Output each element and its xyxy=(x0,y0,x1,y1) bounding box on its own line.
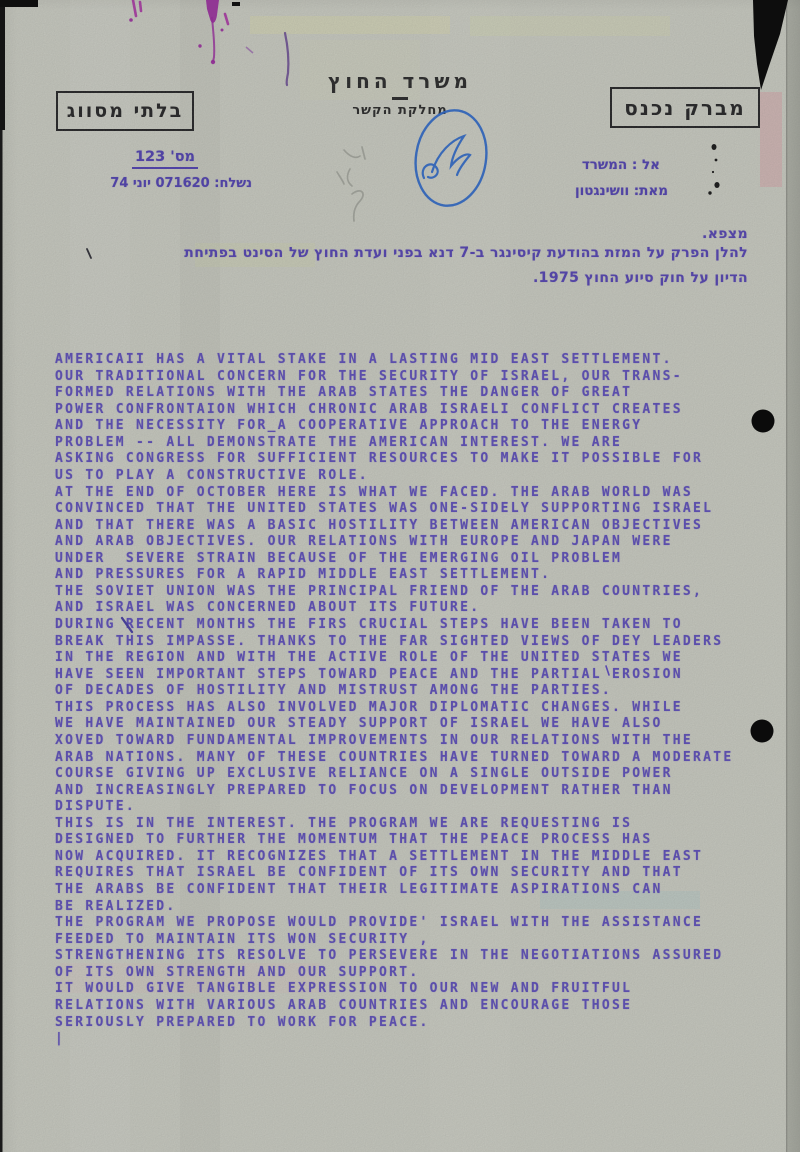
ministry-title: משרד החוץ xyxy=(280,69,520,93)
from-field: מאת: וושינגטון xyxy=(586,183,668,199)
header-divider-dash xyxy=(392,97,408,100)
telegram-number-value: מס' 123 xyxy=(132,149,198,169)
hebrew-summary-line: הדיון על חוק סיוע החוץ 1975. xyxy=(80,270,748,286)
to-field: אל : המשרד xyxy=(590,157,660,173)
ministry-header: משרד החוץ מחלקת הקשר xyxy=(280,69,520,118)
pen-circle-annotation xyxy=(409,105,493,211)
pencil-annotation xyxy=(337,147,365,221)
telegram-number-field: מס' 123 xyxy=(126,149,204,169)
scan-edge-left xyxy=(0,0,3,1152)
scan-top-speck xyxy=(232,2,240,6)
hebrew-summary-line: להלן הפרק על המזת בהודעת קיסינגר ב-7 דנא… xyxy=(80,245,748,261)
ink-drip-line xyxy=(212,17,214,62)
hebrew-summary-line: מצפא. xyxy=(80,226,748,242)
scan-tint-pink-strip xyxy=(760,92,782,187)
scan-edge-left-corner xyxy=(0,0,5,130)
incoming-telegram-stamp-box: מברק נכנס xyxy=(610,87,760,128)
ink-drip-cluster xyxy=(129,0,223,64)
scan-edge-right-line xyxy=(786,0,787,1152)
scan-edge-top xyxy=(0,0,38,7)
scanned-telegram-page: מברק נכנס בלתי מסווג משרד החוץ מחלקת הקש… xyxy=(0,0,800,1152)
hole-punch-mark xyxy=(751,720,774,743)
black-tear-mark xyxy=(753,0,788,90)
telegram-body-text: AMERICAII HAS A VITAL STAKE IN A LASTING… xyxy=(55,352,734,1048)
scan-tint xyxy=(250,16,450,34)
speckle-trail xyxy=(708,144,719,195)
department-subtitle: מחלקת הקשר xyxy=(280,103,520,118)
incoming-telegram-label: מברק נכנס xyxy=(624,96,745,120)
classification-stamp-box: בלתי מסווג xyxy=(56,91,194,131)
scan-tint xyxy=(470,16,670,36)
classification-label: בלתי מסווג xyxy=(67,100,183,122)
ink-stain-cluster xyxy=(133,0,228,24)
ink-tick xyxy=(246,47,253,53)
scan-edge-right xyxy=(787,0,800,1152)
hole-punch-mark xyxy=(752,410,775,433)
sent-datetime-field: נשלח: 071620 יוני 74 xyxy=(98,176,252,191)
